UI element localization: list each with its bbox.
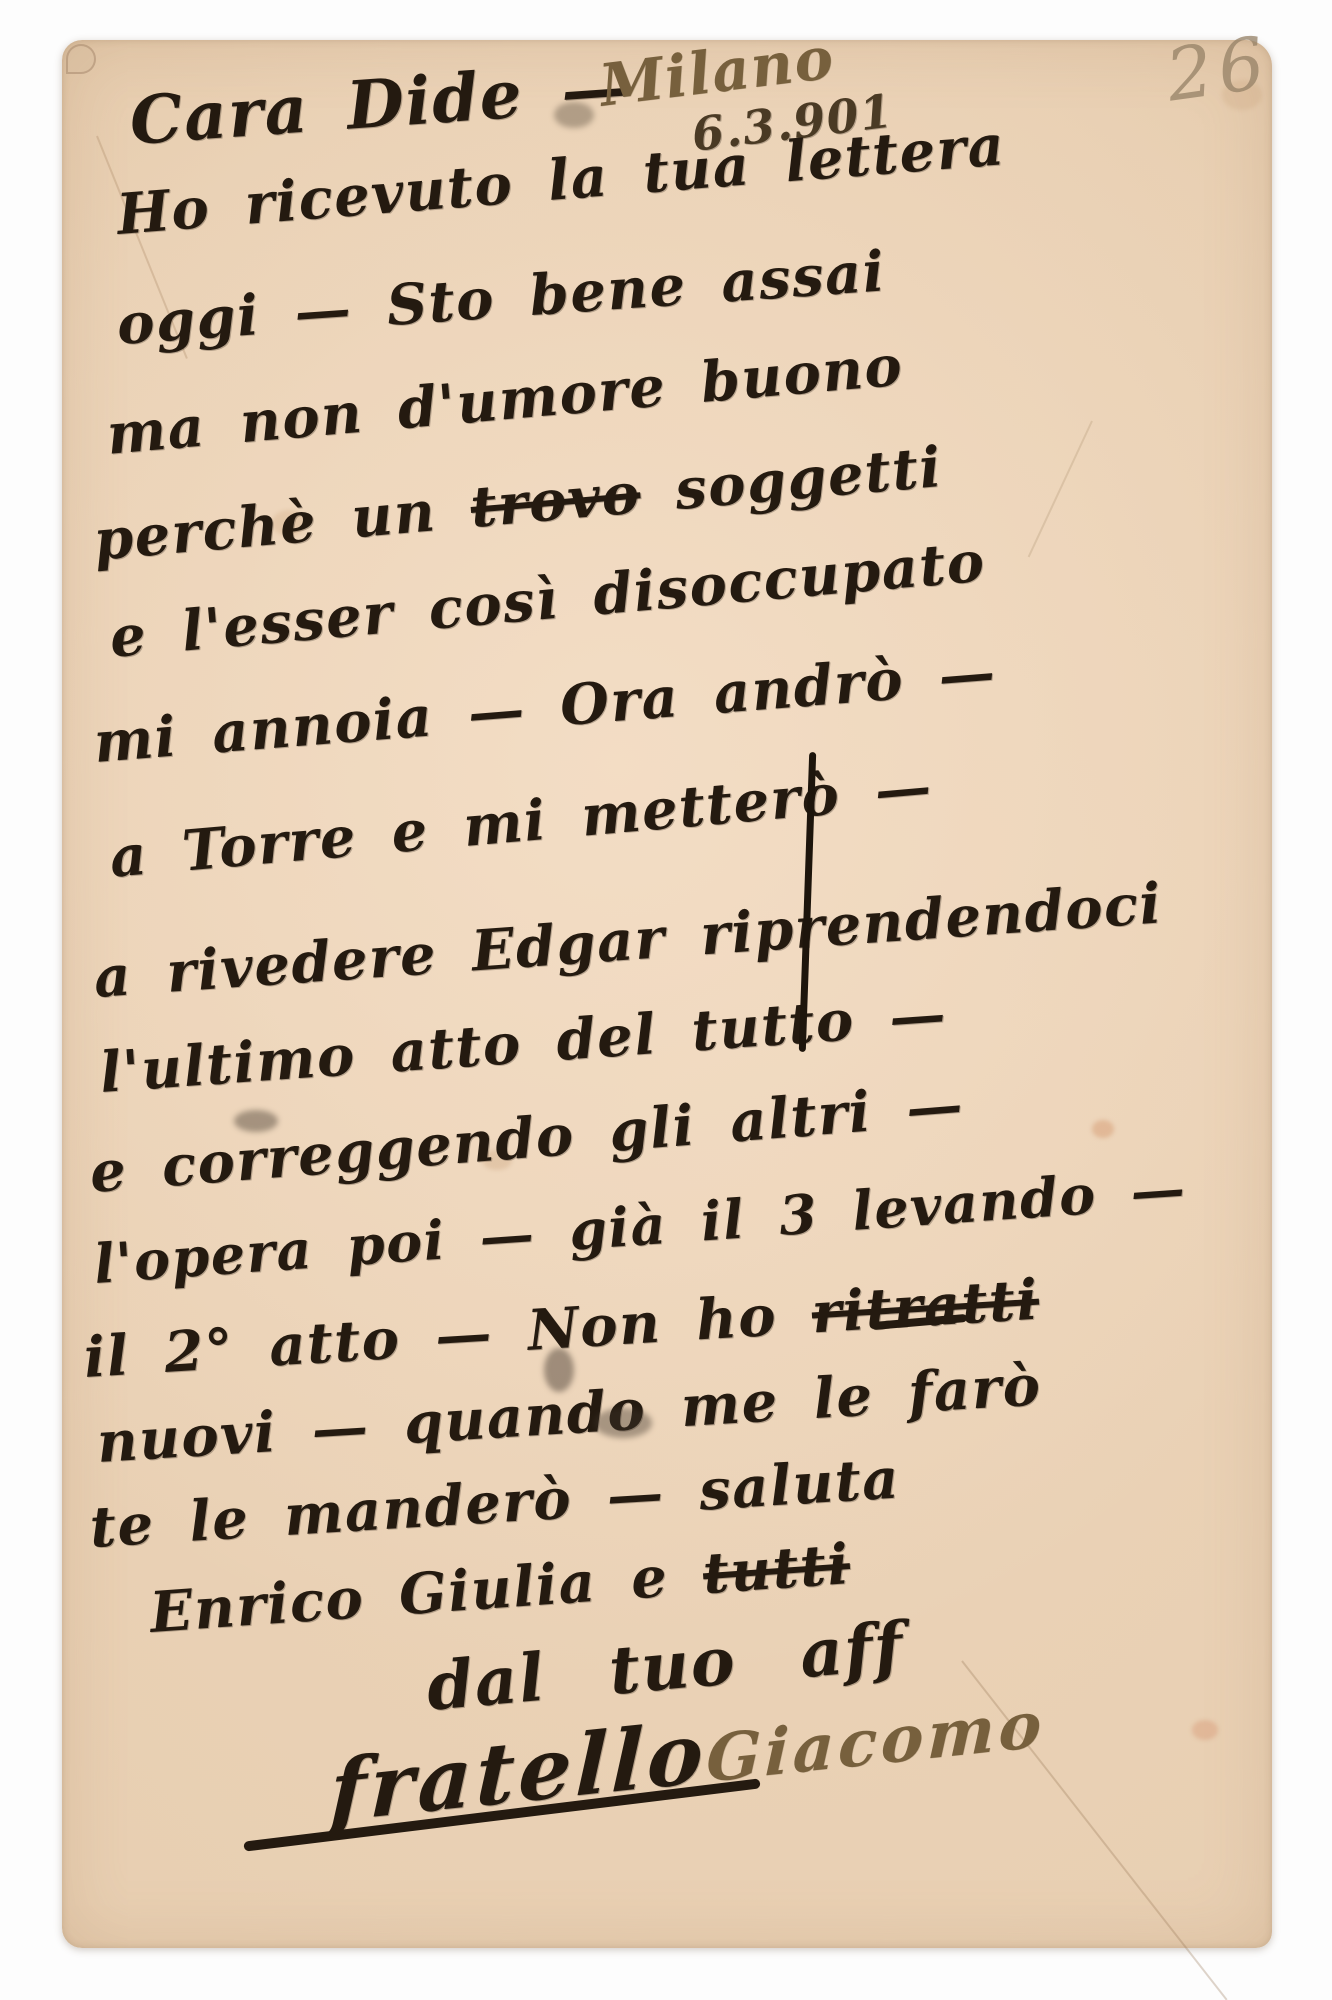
ink-smudge [594, 1408, 652, 1438]
crossed-out-word: ritratti [810, 1267, 1041, 1347]
line-text: a rivedere Edgar riprendendoci [92, 870, 1165, 1011]
ink-smudge [554, 102, 594, 128]
letter-line: a rivedere Edgar riprendendoci [92, 870, 1165, 1011]
age-spot [1192, 1720, 1218, 1740]
age-spot [1092, 1120, 1114, 1138]
salutation: Cara Dide — [127, 47, 631, 160]
letter-line: oggi — Sto bene assai [115, 238, 888, 358]
line-text: perchè un [91, 475, 473, 574]
crossed-out-word: trovo [468, 460, 643, 541]
paper-crease [1028, 421, 1093, 558]
pencil-page-number: 26 [1161, 20, 1275, 118]
crossed-out-word: tutti [701, 1531, 852, 1607]
corner-fold-mark [66, 44, 96, 74]
line-text: oggi — Sto bene assai [115, 238, 888, 358]
ink-smudge [234, 1110, 278, 1132]
line-text: soggetti [637, 434, 944, 526]
postcard-paper: 26 Cara Dide — Milano 6.3.901 Ho ricevut… [62, 40, 1272, 1948]
ink-smudge [544, 1348, 574, 1392]
signature-word: fratello [328, 1702, 708, 1842]
